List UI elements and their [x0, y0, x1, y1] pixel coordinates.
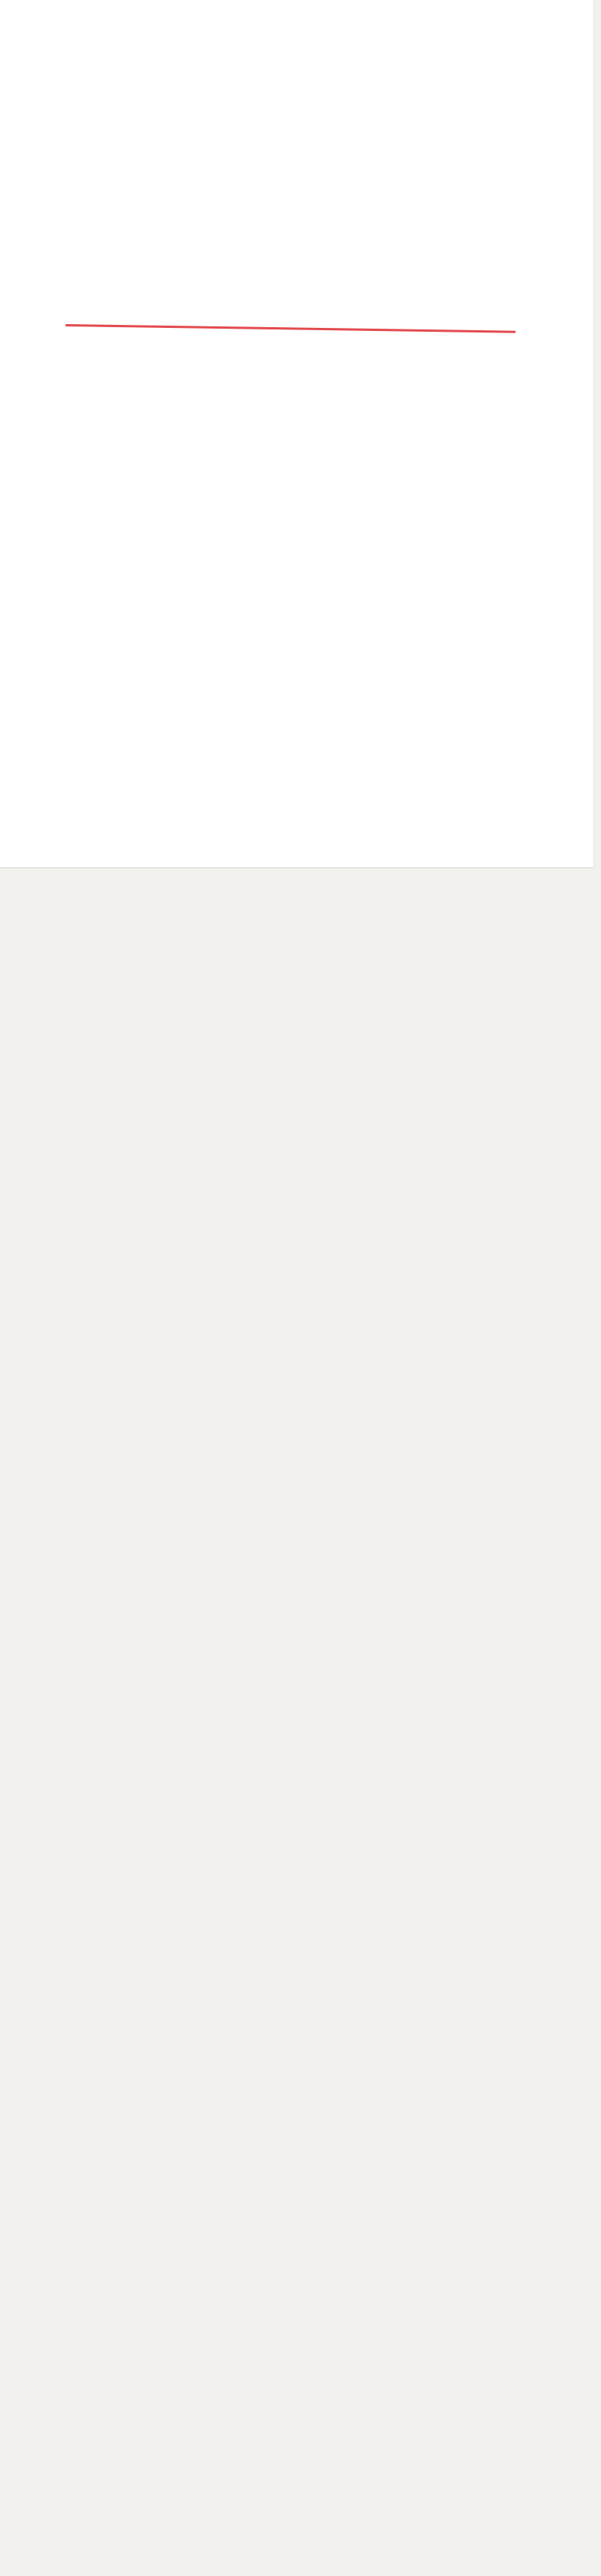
- red-divider: [66, 324, 516, 333]
- document-page-1: [0, 0, 593, 867]
